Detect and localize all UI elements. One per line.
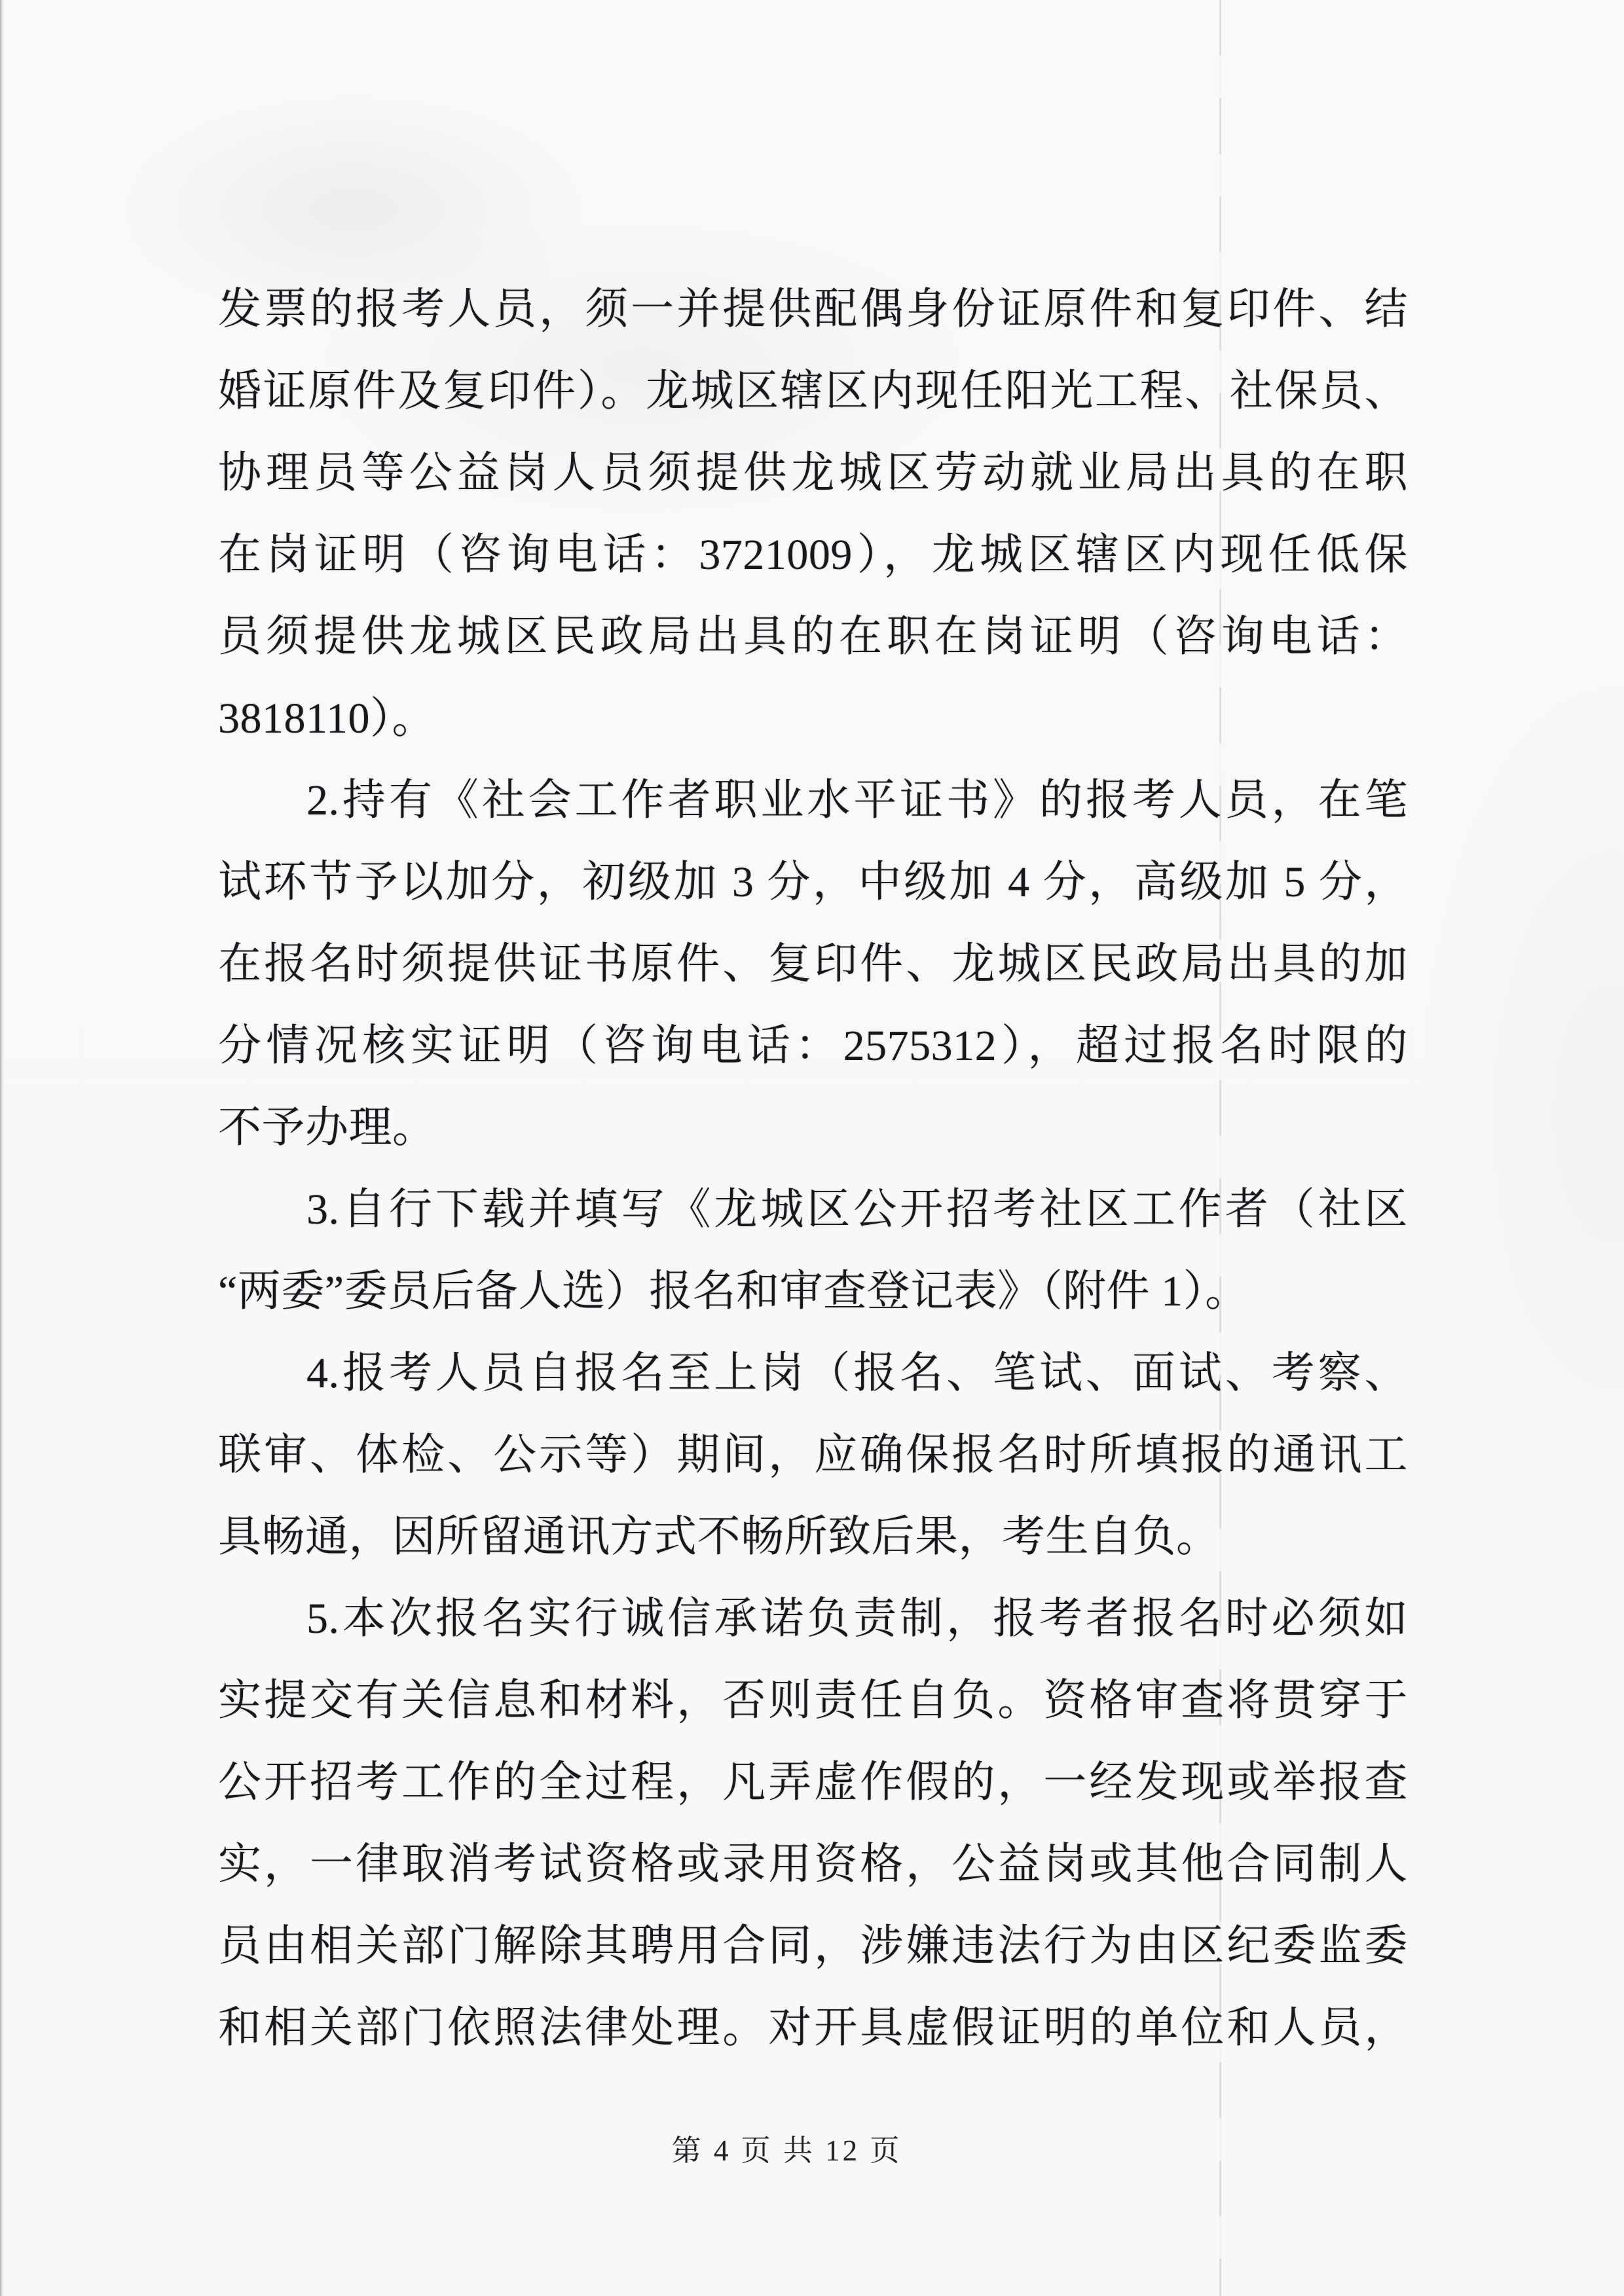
- scanned-document-page: 发票的报考人员，须一并提供配偶身份证原件和复印件、结 婚证原件及复印件）。龙城区…: [0, 0, 1624, 2296]
- text-line: 实，一律取消考试资格或录用资格，公益岗或其他合同制人: [218, 1823, 1408, 1905]
- text-line: 试环节予以加分，初级加 3 分，中级加 4 分，高级加 5 分，: [218, 841, 1408, 923]
- text-line: 5.本次报名实行诚信承诺负责制，报考者报名时必须如: [218, 1578, 1408, 1660]
- text-line: 和相关部门依照法律处理。对开具虚假证明的单位和人员，: [218, 1987, 1408, 2069]
- text-line: 4.报考人员自报名至上岗（报名、笔试、面试、考察、: [218, 1332, 1408, 1414]
- text-line: 不予办理。: [218, 1087, 1408, 1169]
- text-line: 联审、体检、公示等）期间，应确保报名时所填报的通讯工: [218, 1414, 1408, 1496]
- text-line: 在岗证明（咨询电话：3721009），龙城区辖区内现任低保: [218, 514, 1408, 596]
- text-line: 协理员等公益岗人员须提供龙城区劳动就业局出具的在职: [218, 432, 1408, 514]
- text-line: 员由相关部门解除其聘用合同，涉嫌违法行为由区纪委监委: [218, 1905, 1408, 1987]
- text-line: 发票的报考人员，须一并提供配偶身份证原件和复印件、结: [218, 268, 1408, 350]
- text-line: “两委”委员后备人选）报名和审查登记表》（附件 1）。: [218, 1250, 1408, 1332]
- text-line: 公开招考工作的全过程，凡弄虚作假的，一经发现或举报查: [218, 1741, 1408, 1823]
- text-line: 员须提供龙城区民政局出具的在职在岗证明（咨询电话：: [218, 596, 1408, 678]
- text-line: 分情况核实证明（咨询电话：2575312），超过报名时限的: [218, 1005, 1408, 1087]
- text-line: 婚证原件及复印件）。龙城区辖区内现任阳光工程、社保员、: [218, 350, 1408, 432]
- text-line: 2.持有《社会工作者职业水平证书》的报考人员，在笔: [218, 759, 1408, 841]
- page-number: 第 4 页 共 12 页: [192, 2128, 1382, 2174]
- text-line: 实提交有关信息和材料，否则责任自负。资格审查将贯穿于: [218, 1660, 1408, 1741]
- body-text: 发票的报考人员，须一并提供配偶身份证原件和复印件、结 婚证原件及复印件）。龙城区…: [218, 268, 1408, 2069]
- text-line: 3818110）。: [218, 678, 1408, 759]
- text-line: 具畅通，因所留通讯方式不畅所致后果，考生自负。: [218, 1496, 1408, 1578]
- scan-edge-artifact: [0, 0, 4, 2296]
- text-line: 3.自行下载并填写《龙城区公开招考社区工作者（社区: [218, 1169, 1408, 1250]
- text-line: 在报名时须提供证书原件、复印件、龙城区民政局出具的加: [218, 923, 1408, 1005]
